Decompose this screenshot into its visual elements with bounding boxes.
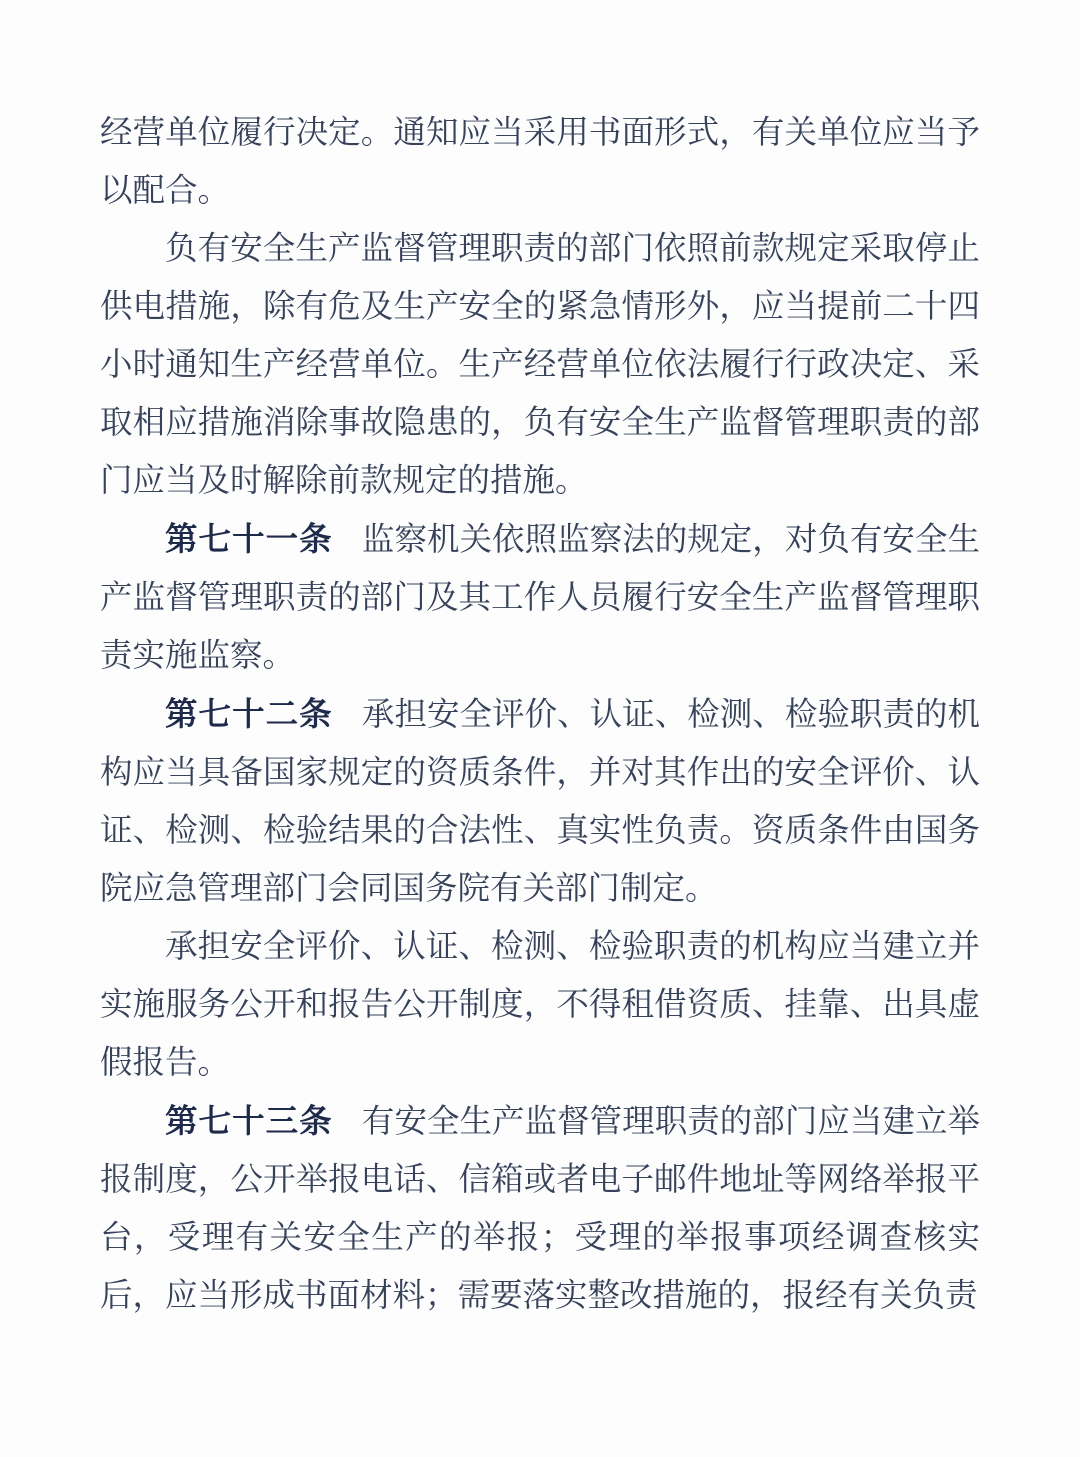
paragraph-article-73: 第七十三条有安全生产监督管理职责的部门应当建立举报制度，公开举报电话、信箱或者电… — [100, 1092, 980, 1325]
paragraph-text: 经营单位履行决定。通知应当采用书面形式，有关单位应当予以配合。 — [100, 115, 980, 209]
paragraph-article-71: 第七十一条监察机关依照监察法的规定，对负有安全生产监督管理职责的部门及其工作人员… — [100, 510, 980, 685]
article-number: 第七十二条 — [165, 696, 333, 732]
paragraph-text: 负有安全生产监督管理职责的部门依照前款规定采取停止供电措施，除有危及生产安全的紧… — [100, 231, 980, 499]
paragraph: 承担安全评价、认证、检测、检验职责的机构应当建立并实施服务公开和报告公开制度，不… — [100, 918, 980, 1092]
paragraph-text: 承担安全评价、认证、检测、检验职责的机构应当建立并实施服务公开和报告公开制度，不… — [100, 929, 980, 1081]
document-content: 经营单位履行决定。通知应当采用书面形式，有关单位应当予以配合。 负有安全生产监督… — [100, 104, 980, 1325]
paragraph: 经营单位履行决定。通知应当采用书面形式，有关单位应当予以配合。 — [100, 104, 980, 220]
article-number: 第七十三条 — [165, 1103, 333, 1139]
article-number: 第七十一条 — [165, 521, 333, 557]
paragraph: 负有安全生产监督管理职责的部门依照前款规定采取停止供电措施，除有危及生产安全的紧… — [100, 220, 980, 510]
document-page: 经营单位履行决定。通知应当采用书面形式，有关单位应当予以配合。 负有安全生产监督… — [0, 0, 1080, 1457]
paragraph-article-72: 第七十二条承担安全评价、认证、检测、检验职责的机构应当具备国家规定的资质条件，并… — [100, 685, 980, 918]
